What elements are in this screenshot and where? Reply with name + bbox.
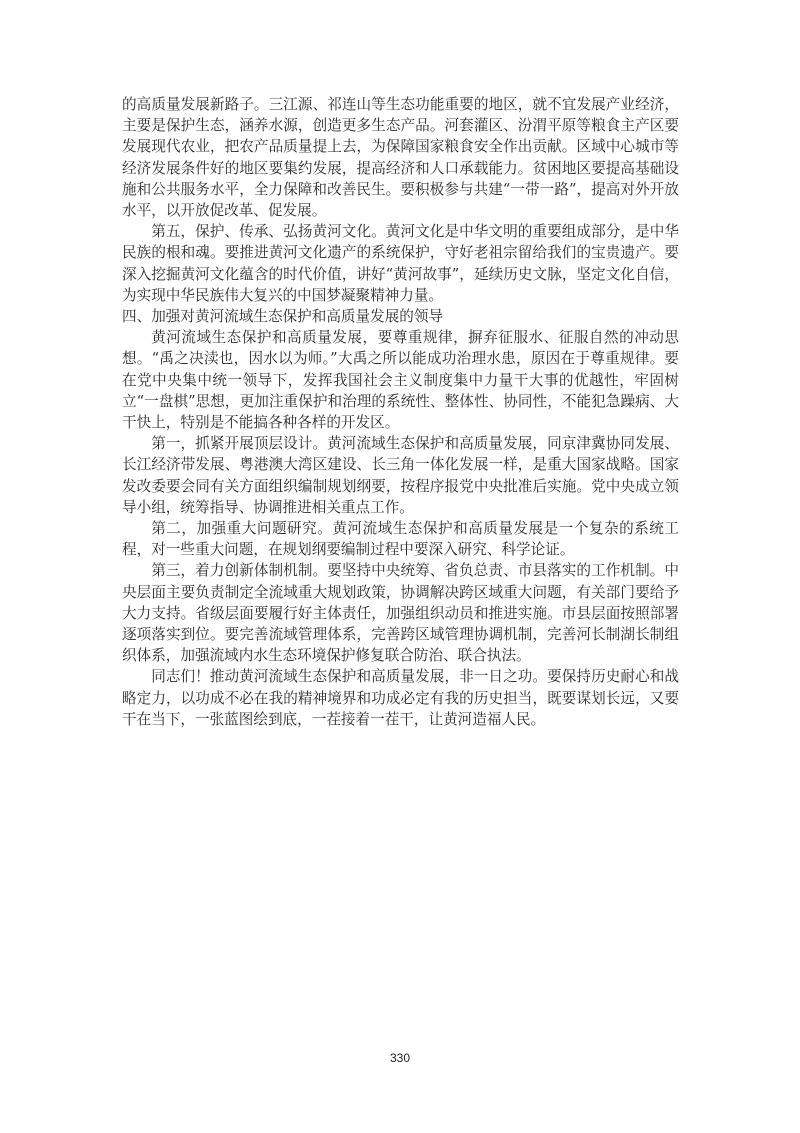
section-heading: 四、加强对黄河流域生态保护和高质量发展的领导 bbox=[122, 306, 679, 327]
paragraph-respect-laws: 黄河流域生态保护和高质量发展，要尊重规律，摒弃征服水、征服自然的冲动思想。“禹之… bbox=[122, 327, 679, 433]
paragraph-closing: 同志们！推动黄河流域生态保护和高质量发展，非一日之功。要保持历史耐心和战略定力，… bbox=[122, 666, 679, 730]
page-number: 330 bbox=[0, 1051, 800, 1065]
paragraph-third-mechanism: 第三，着力创新体制机制。要坚持中央统筹、省负总责、市县落实的工作机制。中央层面主… bbox=[122, 560, 679, 666]
paragraph-fifth-culture: 第五，保护、传承、弘扬黄河文化。黄河文化是中华文明的重要组成部分，是中华民族的根… bbox=[122, 221, 679, 306]
paragraph-first-design: 第一，抓紧开展顶层设计。黄河流域生态保护和高质量发展，同京津冀协同发展、长江经济… bbox=[122, 433, 679, 518]
paragraph-second-research: 第二，加强重大问题研究。黄河流域生态保护和高质量发展是一个复杂的系统工程，对一些… bbox=[122, 518, 679, 560]
paragraph-continuation: 的高质量发展新路子。三江源、祁连山等生态功能重要的地区，就不宜发展产业经济，主要… bbox=[122, 94, 679, 221]
document-body: 的高质量发展新路子。三江源、祁连山等生态功能重要的地区，就不宜发展产业经济，主要… bbox=[122, 94, 679, 730]
